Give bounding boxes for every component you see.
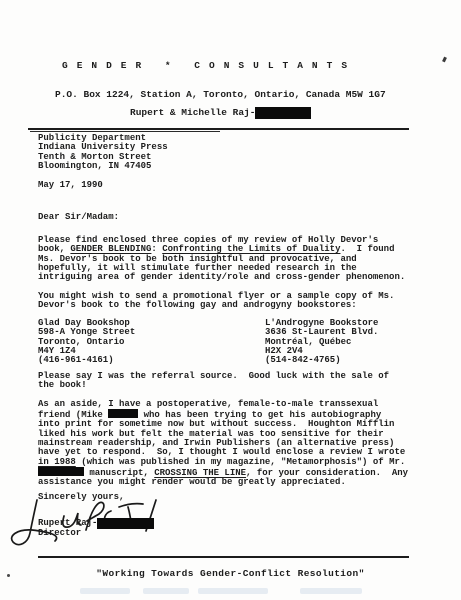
bookstore-left-column: Glad Day Bookshop598-A Yonge StreetToron… — [38, 319, 135, 365]
scan-artifact — [442, 57, 447, 63]
salutation: Dear Sir/Madam: — [38, 213, 119, 222]
redaction-box — [255, 107, 311, 119]
text-line: (514-842-4765) — [265, 356, 378, 365]
letter-date: May 17, 1990 — [38, 181, 103, 190]
text-line: in 1988 (which was published in my magaz… — [38, 458, 408, 467]
redaction-box — [97, 518, 154, 529]
scan-artifact — [143, 588, 189, 594]
text-segment: the book! — [38, 380, 87, 390]
bookstore-right-column: L'Androgyne Bookstore3636 St-Laurent Blv… — [265, 319, 378, 365]
text-line: Please say I was the referral source. Go… — [38, 372, 408, 381]
letterhead-divider-echo — [30, 131, 220, 132]
text-segment: intriguing area of gender identity/role … — [38, 272, 405, 282]
text-line: intriguing area of gender identity/role … — [38, 273, 405, 282]
text-segment: assistance you might render would be gre… — [38, 477, 346, 487]
org-address: P.O. Box 1224, Station A, Toronto, Ontar… — [55, 90, 386, 100]
body-paragraphs-bottom: Please say I was the referral source. Go… — [38, 372, 408, 497]
paragraph: Please find enclosed three copies of my … — [38, 236, 405, 282]
scan-artifact — [7, 574, 10, 577]
text-segment: Devor's book to the following gay and an… — [38, 300, 357, 310]
signer-role: Director — [38, 529, 81, 538]
text-line: Bloomington, IN 47405 — [38, 162, 168, 171]
scan-artifact — [80, 588, 130, 594]
paragraph: You might wish to send a promotional fly… — [38, 292, 405, 311]
recipient-address-block: Publicity DepartmentIndiana University P… — [38, 134, 168, 171]
paragraph: As an aside, I have a postoperative, fem… — [38, 400, 408, 488]
text-line: assistance you might render would be gre… — [38, 478, 408, 487]
redaction-box — [108, 409, 138, 418]
body-paragraphs-top: Please find enclosed three copies of my … — [38, 236, 405, 320]
underlined-text: in 1988 — [38, 457, 76, 467]
redaction-box — [38, 467, 84, 476]
footer-tagline: "Working Towards Gender-Conflict Resolut… — [0, 568, 461, 579]
text-line: Devor's book to the following gay and an… — [38, 301, 405, 310]
scan-artifact — [300, 588, 362, 594]
scanned-letter-page: GENDER * CONSULTANTS P.O. Box 1224, Stat… — [0, 0, 461, 600]
letterhead-names-text: Rupert & Michelle Raj- — [130, 106, 255, 119]
text-segment: (which was published in my magazine, "Me… — [76, 457, 405, 467]
scan-artifact — [198, 588, 268, 594]
org-name: GENDER * CONSULTANTS — [62, 61, 356, 71]
signer-name-text: Rupert Raj- — [38, 519, 97, 528]
text-line: the book! — [38, 381, 408, 390]
text-line: (416-961-4161) — [38, 356, 135, 365]
text-line: As an aside, I have a postoperative, fem… — [38, 400, 408, 409]
letterhead-names: Rupert & Michelle Raj- — [130, 106, 311, 119]
paragraph: Please say I was the referral source. Go… — [38, 372, 408, 391]
footer-divider — [38, 556, 409, 558]
text-segment: Please say I was the referral source. Go… — [38, 371, 389, 381]
text-segment: As an aside, I have a postoperative, fem… — [38, 399, 378, 409]
letterhead-divider — [28, 128, 409, 130]
